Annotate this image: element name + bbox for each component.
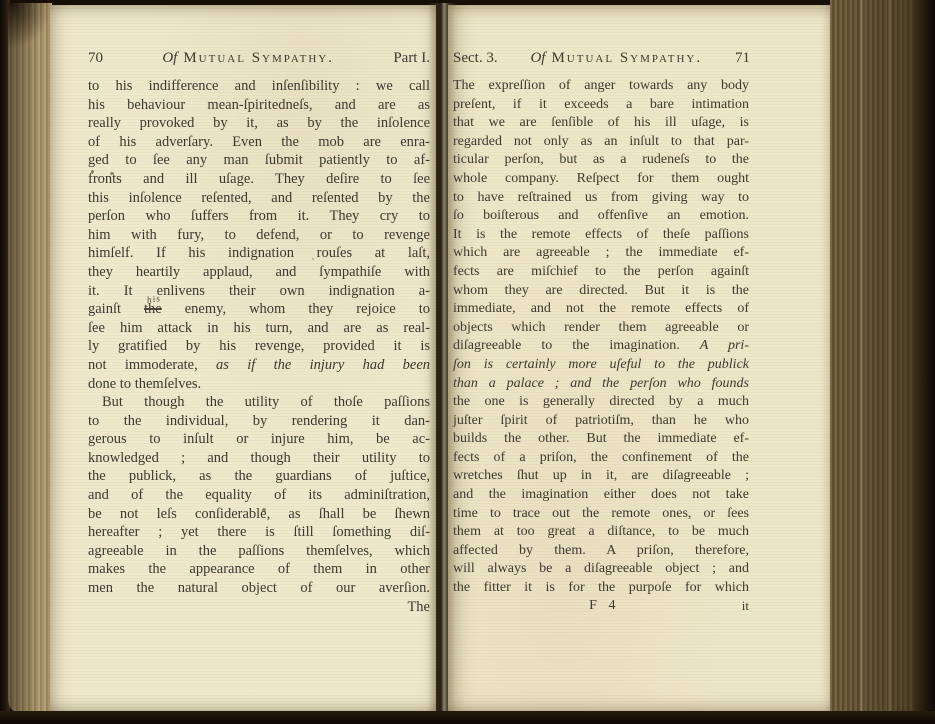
text-segment: not immoderate, (88, 357, 216, 373)
text-line: gerous to inſult or injure him, be ac- (88, 430, 430, 449)
signature-mark: F 4 (589, 598, 619, 614)
part-label: Part I. (393, 50, 430, 67)
text-line: diſagreeable to the imagination. A pri- (453, 337, 749, 356)
running-title-of: Of (162, 50, 177, 66)
text-line: the fitter it is for the purpoſe for whi… (453, 579, 749, 598)
left-page-number: 70 (88, 50, 103, 67)
signature-line: F 4 it (453, 598, 749, 617)
text-line: done to themſelves. (88, 375, 430, 394)
text-line: which are agreeable ; the immediate ef- (453, 244, 749, 263)
text-line: time to trace out the remote ones, or ſe… (453, 505, 749, 524)
age-spot (312, 258, 314, 260)
text-segment: it. It enlivens their own indignation a- (88, 283, 430, 299)
text-segment: ged to ſee any man ſubmit patiently to a… (88, 152, 430, 168)
text-segment: The expreſſion of anger towards any body (453, 78, 749, 93)
text-segment: and the imagination either does not take (453, 487, 749, 502)
text-segment: perſon who ſuffers from it. They cry to (88, 208, 430, 224)
text-line: The expreſſion of anger towards any body (453, 77, 749, 96)
text-segment: will always be a diſagreeable object ; a… (453, 561, 749, 576)
handwritten-annotation: his (146, 290, 163, 311)
text-line: will always be a diſagreeable object ; a… (453, 560, 749, 579)
running-title-main: Mutual Sympathy. (183, 50, 334, 66)
text-segment: done to themſelves. (88, 376, 201, 392)
text-segment: ticular perſon, but as a rudeneſs to the (453, 152, 749, 167)
text-line: preſent, if it exceeds a bare intimation (453, 96, 749, 115)
text-segment: ſon is certainly more uſeful to the publ… (453, 357, 749, 372)
text-segment: ſo boiſterous and offenſive an emotion. (453, 208, 749, 223)
text-segment: regarded not only as an inſult to that p… (453, 134, 749, 149)
text-line: regarded not only as an inſult to that p… (453, 133, 749, 152)
corrected-word: histhe (144, 300, 162, 319)
text-line: agreeable in the paſſions themſelves, wh… (88, 542, 430, 561)
age-spot (91, 170, 94, 173)
right-page-text: The expreſſion of anger towards any body… (453, 77, 749, 598)
text-segment: agreeable in the paſſions themſelves, wh… (88, 543, 430, 559)
text-segment: the one is generally directed by a much (453, 394, 749, 409)
text-line: really provoked by it, as by the inſolen… (88, 114, 430, 133)
text-line: ſo boiſterous and offenſive an emotion. (453, 207, 749, 226)
text-segment: ſee him attack in his turn, and are as r… (88, 320, 430, 336)
text-segment: his behaviour mean-ſpiritedneſs, and are… (88, 97, 430, 113)
text-line: ſee him attack in his turn, and are as r… (88, 319, 430, 338)
right-page-number: 71 (735, 50, 750, 67)
corner-shadow (8, 3, 52, 49)
text-line: makes the appearance of them in other (88, 560, 430, 579)
section-label: Sect. 3. (453, 50, 498, 67)
left-running-header: 70 OfMutual Sympathy. Part I. (88, 50, 430, 67)
text-line: immediate, and not the remote effects of (453, 300, 749, 319)
text-segment: time to trace out the remote ones, or ſe… (453, 506, 749, 521)
text-line: his behaviour mean-ſpiritedneſs, and are… (88, 96, 430, 115)
text-segment: gainſt (88, 301, 144, 317)
text-line: the publick, as the guardians of juſtice… (88, 467, 430, 486)
text-line: But though the utility of thoſe paſſions (88, 393, 430, 412)
text-line: ſon is certainly more uſeful to the publ… (453, 356, 749, 375)
right-page-stack-edge (830, 0, 916, 724)
age-spot (110, 172, 114, 175)
text-line: be not leſs conſiderable, as ſhall be ſh… (88, 505, 430, 524)
text-segment: builds the other. But the immediate ef- (453, 431, 749, 446)
text-line: juſter ſpirit of patriotiſm, than he who (453, 412, 749, 431)
text-segment: and of the equality of its adminiſtratio… (88, 487, 430, 503)
text-segment: preſent, if it exceeds a bare intimation (453, 97, 749, 112)
text-segment: gerous to inſult or injure him, be ac- (88, 431, 430, 447)
text-line: hereafter ; yet there is ſtill ſomething… (88, 523, 430, 542)
text-segment: juſter ſpirit of patriotiſm, than he who (453, 413, 749, 428)
text-segment: the fitter it is for the purpoſe for whi… (453, 580, 749, 595)
text-segment: that we are ſenſible of his ill uſage, i… (453, 115, 749, 130)
text-line: whole company. Reſpect for them ought (453, 170, 749, 189)
text-segment: makes the appearance of them in other (88, 561, 430, 577)
text-line: to have reſtrained us from giving way to (453, 189, 749, 208)
text-segment: diſagreeable to the imagination. (453, 338, 700, 353)
text-segment: which are agreeable ; the immediate ef- (453, 245, 749, 260)
text-line: ly gratified by his revenge, provided it… (88, 337, 430, 356)
text-segment: whom they are directed. But it is the (453, 283, 749, 298)
text-segment: whole company. Reſpect for them ought (453, 171, 749, 186)
text-segment: affected by them. A priſon, therefore, (453, 543, 749, 558)
text-line: fects of a priſon, the confinement of th… (453, 449, 749, 468)
text-line: they heartily applaud, and ſympathiſe wi… (88, 263, 430, 282)
catchword-the: The (407, 599, 430, 615)
text-segment: the publick, as the guardians of juſtice… (88, 468, 430, 484)
left-page: 70 OfMutual Sympathy. Part I. to his ind… (50, 5, 436, 711)
text-line: them at too great a diſtance, to be much (453, 523, 749, 542)
text-segment: really provoked by it, as by the inſolen… (88, 115, 430, 131)
open-book-photo: 70 OfMutual Sympathy. Part I. to his ind… (0, 0, 935, 724)
running-title-of: Of (530, 50, 545, 66)
text-segment: be not leſs conſiderable, as ſhall be ſh… (88, 506, 430, 522)
text-segment: fects are miſchief to the perſon againſt (453, 264, 749, 279)
text-segment: himſelf. If his indignation rouſes at la… (88, 245, 430, 261)
text-segment: to the individual, by rendering it dan- (88, 413, 430, 429)
text-segment: hereafter ; yet there is ſtill ſomething… (88, 524, 430, 540)
text-segment: than a palace ; and the perſon who found… (453, 376, 749, 391)
text-line: and of the equality of its adminiſtratio… (88, 486, 430, 505)
text-segment: immediate, and not the remote effects of (453, 301, 749, 316)
text-line: ged to ſee any man ſubmit patiently to a… (88, 151, 430, 170)
text-segment: knowledged ; and though their utility to (88, 450, 430, 466)
text-segment: fronts and ill uſage. They deſire to ſee (88, 171, 430, 187)
left-page-text: to his indifference and inſenſibility : … (88, 77, 430, 598)
text-segment: enemy, whom they rejoice to (162, 301, 430, 317)
text-line: it. It enlivens their own indignation a- (88, 282, 430, 301)
left-page-stack-edge (8, 3, 52, 714)
running-title-main: Mutual Sympathy. (551, 50, 702, 66)
text-line: fects are miſchief to the perſon againſt (453, 263, 749, 282)
text-segment: wretches ſhut up in it, are diſagreeable… (453, 468, 749, 483)
text-segment: men the natural object of our averſion. (88, 580, 430, 596)
text-line: this inſolence reſented, and reſented by… (88, 189, 430, 208)
text-line: of his adverſary. Even the mob are enra- (88, 133, 430, 152)
text-line: knowledged ; and though their utility to (88, 449, 430, 468)
text-segment: him with fury, to defend, or to revenge (88, 227, 430, 243)
paragraph: The expreſſion of anger towards any body… (453, 77, 749, 598)
text-line: not immoderate, as if the injury had bee… (88, 356, 430, 375)
text-line: objects which render them agreeable or (453, 319, 749, 338)
text-segment: objects which render them agreeable or (453, 320, 749, 335)
text-line: whom they are directed. But it is the (453, 282, 749, 301)
text-line: ticular perſon, but as a rudeneſs to the (453, 151, 749, 170)
text-line: affected by them. A priſon, therefore, (453, 542, 749, 561)
text-segment: It is the remote effects of theſe paſſio… (453, 227, 749, 242)
text-line: men the natural object of our averſion. (88, 579, 430, 598)
text-segment: fects of a priſon, the confinement of th… (453, 450, 749, 465)
text-line: to his indifference and inſenſibility : … (88, 77, 430, 96)
text-segment: of his adverſary. Even the mob are enra- (88, 134, 430, 150)
right-running-title: OfMutual Sympathy. (530, 50, 702, 67)
text-line: the one is generally directed by a much (453, 393, 749, 412)
text-line: that we are ſenſible of his ill uſage, i… (453, 114, 749, 133)
left-running-title: OfMutual Sympathy. (162, 50, 334, 67)
text-line: It is the remote effects of theſe paſſio… (453, 226, 749, 245)
text-segment: this inſolence reſented, and reſented by… (88, 190, 430, 206)
text-line: to the individual, by rendering it dan- (88, 412, 430, 431)
paragraph: But though the utility of thoſe paſſions… (88, 393, 430, 598)
text-line: than a palace ; and the perſon who found… (453, 375, 749, 394)
paragraph: to his indifference and inſenſibility : … (88, 77, 430, 393)
right-page: Sect. 3. OfMutual Sympathy. 71 The expre… (448, 5, 830, 711)
book-bottom-edge (0, 711, 935, 724)
text-segment: ly gratified by his revenge, provided it… (88, 338, 430, 354)
text-line: him with fury, to defend, or to revenge (88, 226, 430, 245)
text-line: himſelf. If his indignation rouſes at la… (88, 244, 430, 263)
right-running-header: Sect. 3. OfMutual Sympathy. 71 (453, 50, 750, 67)
text-segment: them at too great a diſtance, to be much (453, 524, 749, 539)
text-segment: A pri- (700, 338, 749, 353)
text-line: gainſt histhe enemy, whom they rejoice t… (88, 300, 430, 319)
right-cover-edge (914, 0, 935, 724)
text-segment: as if the injury had been (216, 357, 430, 373)
text-line: perſon who ſuffers from it. They cry to (88, 207, 430, 226)
catchword-it: it (742, 598, 749, 614)
text-line: and the imagination either does not take (453, 486, 749, 505)
age-spot (262, 508, 266, 512)
text-line: builds the other. But the immediate ef- (453, 430, 749, 449)
text-segment: to his indifference and inſenſibility : … (88, 78, 430, 94)
left-catchword-line: The (88, 598, 430, 617)
text-segment: But though the utility of thoſe paſſions (102, 394, 430, 410)
text-line: fronts and ill uſage. They deſire to ſee (88, 170, 430, 189)
text-segment: to have reſtrained us from giving way to (453, 190, 749, 205)
text-line: wretches ſhut up in it, are diſagreeable… (453, 467, 749, 486)
text-segment: they heartily applaud, and ſympathiſe wi… (88, 264, 430, 280)
